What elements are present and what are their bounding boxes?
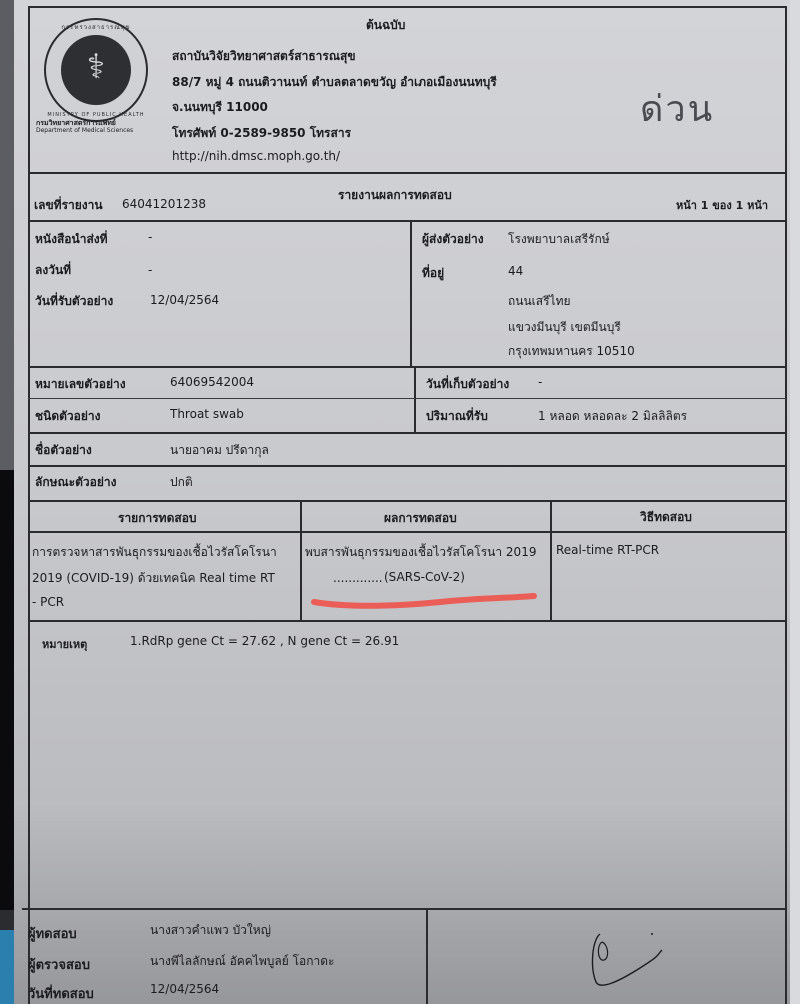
background-right: [790, 0, 800, 1004]
collected-label: วันที่เก็บตัวอย่าง: [426, 375, 509, 394]
results-col-divider-2: [550, 500, 552, 620]
red-underline-highlight: [310, 592, 538, 610]
urgent-stamp: ด่วน: [640, 80, 714, 137]
logo-emblem: ⚕: [61, 35, 131, 105]
specimen-type: Throat swab: [170, 407, 244, 421]
specimen-row-line-1: [28, 398, 785, 399]
institute-phone: โทรศัพท์ 0-2589-9850 โทรสาร: [172, 124, 351, 143]
institute-address-2: จ.นนทบุรี 11000: [172, 98, 268, 117]
submission-bottom-line: [28, 366, 785, 368]
specimen-divider: [414, 366, 416, 432]
specimen-type-label: ชนิดตัวอย่าง: [35, 407, 101, 426]
report-title: รายงานผลการทดสอบ: [338, 186, 452, 205]
specimen-condition: ปกติ: [170, 473, 193, 492]
specimen-id: 64069542004: [170, 375, 254, 389]
results-top-line: [28, 500, 785, 502]
results-header-result: ผลการทดสอบ: [384, 509, 457, 528]
reviewer-label: ผู้ตรวจสอบ: [28, 954, 90, 975]
result-line-1: พบสารพันธุกรรมของเชื้อไวรัสโคโรนา 2019: [305, 543, 536, 562]
test-name-line-3: - PCR: [32, 595, 64, 609]
institute-name: สถาบันวิจัยวิทยาศาสตร์สาธารณสุข: [172, 47, 356, 66]
letter-label: หนังสือนำส่งที่: [35, 230, 108, 249]
dept-name-en: Department of Medical Sciences: [36, 127, 133, 134]
specimen-name-label: ชื่อตัวอย่าง: [35, 441, 92, 460]
reviewer-name: นางพีไลลักษณ์ อัคคไพบูลย์ โอกาดะ: [150, 952, 335, 971]
results-col-divider-1: [300, 500, 302, 620]
results-header-line: [28, 531, 785, 533]
address-line-2: ถนนเสรีไทย: [508, 292, 571, 311]
specimen-row-line-3: [28, 465, 785, 467]
address-line-3: แขวงมีนบุรี เขตมีนบุรี: [508, 318, 621, 337]
quantity-value: 1 หลอด หลอดละ 2 มิลลิลิตร: [538, 407, 687, 426]
report-number-label: เลขที่รายงาน: [34, 196, 103, 215]
signoff-divider: [426, 908, 428, 1004]
received-label: วันที่รับตัวอย่าง: [35, 292, 113, 311]
specimen-id-label: หมายเลขตัวอย่าง: [35, 375, 126, 394]
quantity-label: ปริมาณที่รับ: [426, 407, 488, 426]
collected-value: -: [538, 375, 542, 389]
specimen-row-line-2: [28, 432, 785, 434]
letter-value: -: [148, 230, 152, 244]
header-divider: [28, 172, 785, 174]
address-line-4: กรุงเทพมหานคร 10510: [508, 342, 635, 361]
test-method: Real-time RT-PCR: [556, 543, 659, 557]
result-line-2: (SARS-CoV-2): [384, 570, 465, 584]
result-dots: .............: [333, 571, 383, 585]
submission-divider: [410, 220, 412, 366]
results-header-method: วิธีทดสอบ: [640, 508, 692, 527]
dated-value: -: [148, 263, 152, 277]
copy-label: ต้นฉบับ: [366, 16, 405, 35]
tester-name: นางสาวคำแพว บัวใหญ่: [150, 921, 271, 940]
caduceus-icon: ⚕: [61, 47, 131, 87]
sender-value: โรงพยาบาลเสรีรักษ์: [508, 230, 610, 249]
title-divider: [28, 220, 785, 222]
signature-mark: [588, 920, 668, 1000]
remarks-text: 1.RdRp gene Ct = 27.62 , N gene Ct = 26.…: [130, 634, 399, 648]
institute-address-1: 88/7 หมู่ 4 ถนนติวานนท์ ตำบลตลาดขวัญ อำเ…: [172, 73, 497, 92]
report-number: 64041201238: [122, 197, 206, 211]
address-label: ที่อยู่: [422, 264, 444, 283]
sender-label: ผู้ส่งตัวอย่าง: [422, 230, 484, 249]
results-bottom-line: [28, 620, 785, 622]
logo-ring-text: กระทรวงสาธารณสุข: [46, 22, 146, 32]
specimen-condition-label: ลักษณะตัวอย่าง: [35, 473, 116, 492]
tester-label: ผู้ทดสอบ: [28, 923, 77, 944]
ministry-logo-icon: กระทรวงสาธารณสุข ⚕ MINISTRY OF PUBLIC HE…: [44, 18, 148, 122]
test-date-label: วันที่ทดสอบ: [28, 983, 94, 1004]
test-name-line-2: 2019 (COVID-19) ด้วยเทคนิค Real time RT: [32, 569, 275, 588]
remarks-label: หมายเหตุ: [42, 635, 87, 653]
dated-label: ลงวันที่: [35, 261, 71, 280]
test-date-value: 12/04/2564: [150, 982, 219, 996]
address-line-1: 44: [508, 264, 523, 278]
received-value: 12/04/2564: [150, 293, 219, 307]
document-frame: [28, 6, 787, 1004]
institute-website[interactable]: http://nih.dmsc.moph.go.th/: [172, 149, 340, 163]
specimen-name: นายอาคม ปรีดากุล: [170, 441, 269, 460]
test-name-line-1: การตรวจหาสารพันธุกรรมของเชื้อไวรัสโคโรนา: [32, 543, 277, 562]
results-header-test: รายการทดสอบ: [118, 509, 197, 528]
signoff-top-line: [22, 908, 785, 910]
page-info: หน้า 1 ของ 1 หน้า: [676, 196, 768, 214]
